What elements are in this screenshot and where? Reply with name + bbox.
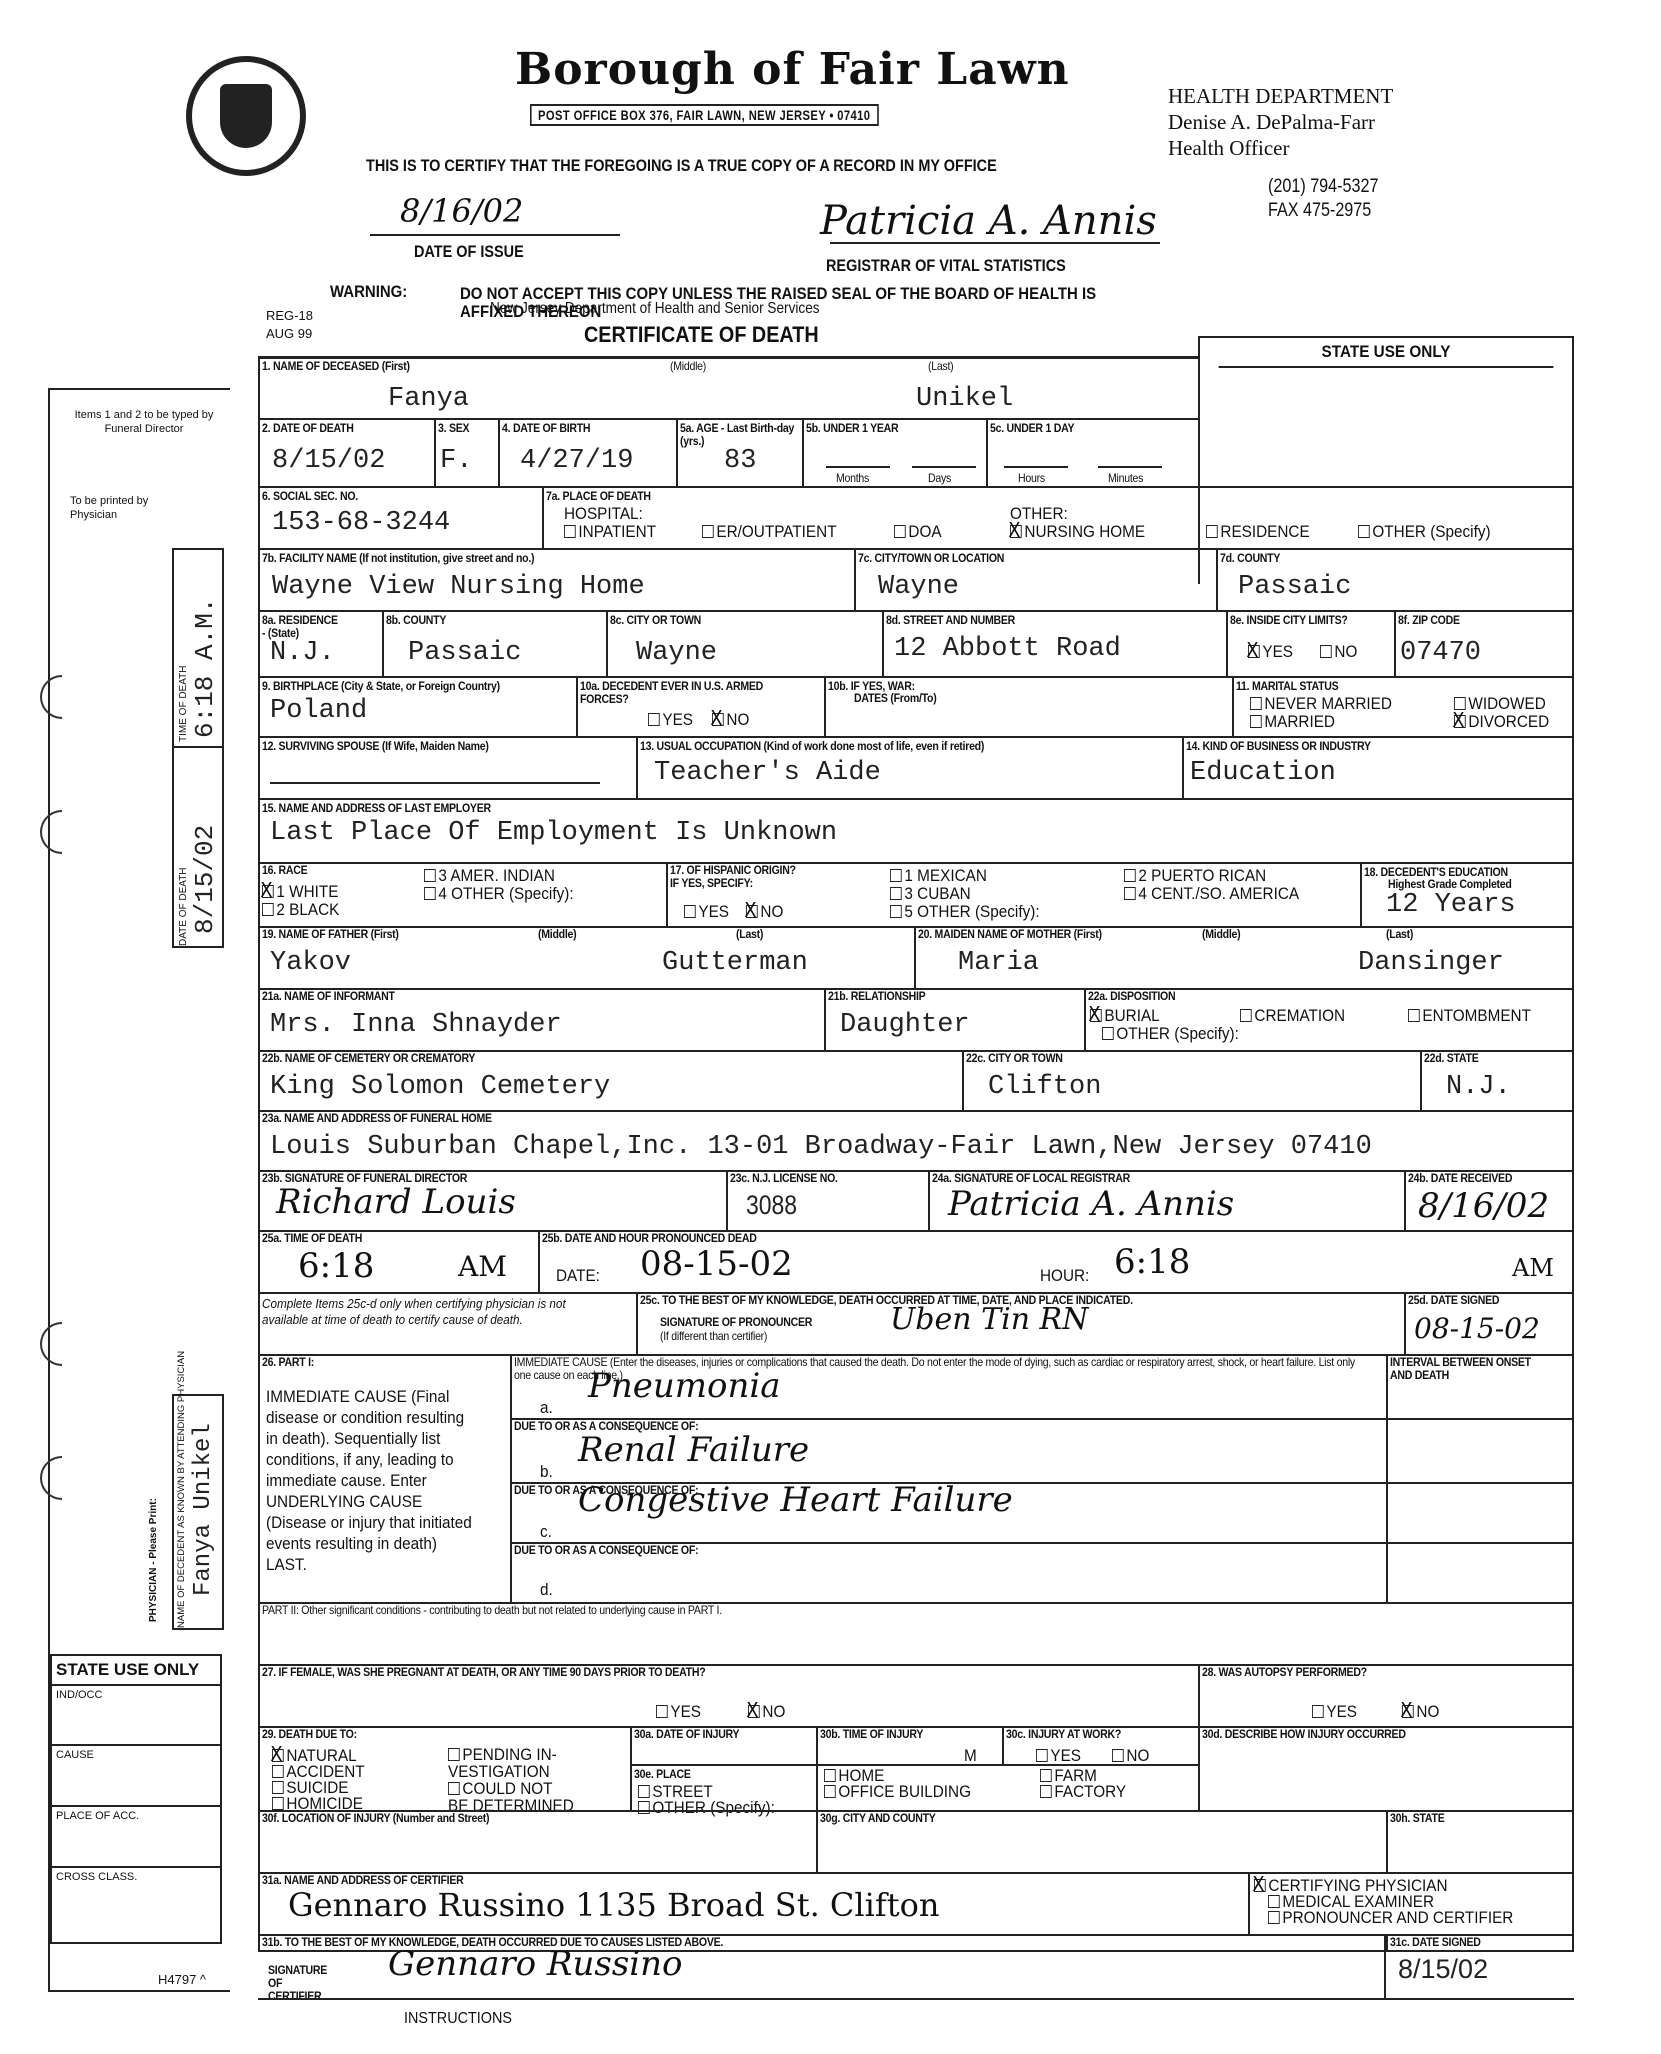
state-use-box: STATE USE ONLY [1198, 336, 1574, 584]
f21a-label: 21a. NAME OF INFORMANT [262, 990, 395, 1003]
form-bottom-right [1384, 1934, 1386, 2000]
checkbox-icon[interactable] [1036, 1749, 1048, 1762]
father-first-name[interactable]: Yakov [270, 948, 351, 978]
fax-number: FAX 475-2975 [1268, 200, 1371, 222]
due-to-label: DUE TO OR AS A CONSEQUENCE OF: [514, 1544, 698, 1557]
f30c-label: 30c. INJURY AT WORK? [1006, 1728, 1121, 1741]
f30a-label: 30a. DATE OF INJURY [634, 1728, 739, 1741]
father-last-name[interactable]: Gutterman [662, 948, 808, 978]
months-label: Months [836, 472, 869, 485]
f1-label: 1. NAME OF DECEASED (First) [262, 360, 410, 373]
facility-city[interactable]: Wayne [878, 572, 959, 602]
pronounced-date-label: DATE: [556, 1266, 600, 1286]
f20-last-label: (Last) [1386, 928, 1413, 941]
f30b-label: 30b. TIME OF INJURY [820, 1728, 923, 1741]
checkbox-checked-icon[interactable] [1402, 1705, 1414, 1718]
binder-hole [31, 801, 93, 863]
f8f-label: 8f. ZIP CODE [1398, 614, 1460, 627]
f5b-label: 5b. UNDER 1 YEAR [806, 422, 898, 435]
race-amer-indian[interactable]: 3 AMER. INDIAN [424, 866, 555, 886]
f5c-label: 5c. UNDER 1 DAY [990, 422, 1074, 435]
deceased-first-name[interactable]: Fanya [388, 384, 469, 414]
checkbox-checked-icon[interactable] [712, 713, 724, 726]
checkbox-icon[interactable] [272, 1797, 284, 1810]
marital-married[interactable]: MARRIED [1250, 712, 1335, 732]
autopsy-yes[interactable]: YES [1312, 1702, 1357, 1722]
f23a-label: 23a. NAME AND ADDRESS OF FUNERAL HOME [262, 1112, 492, 1125]
physician-print-label: PHYSICIAN - Please Print: [148, 1498, 159, 1622]
checkbox-icon[interactable] [894, 525, 906, 538]
checkbox-checked-icon[interactable] [1248, 645, 1260, 658]
injury-at-work-no[interactable]: NO [1112, 1746, 1149, 1766]
f6-label: 6. SOCIAL SEC. NO. [262, 490, 358, 503]
disposition-entombment[interactable]: ENTOMBMENT [1408, 1006, 1531, 1026]
checkbox-icon[interactable] [638, 1801, 650, 1814]
checkbox-icon[interactable] [1240, 1009, 1252, 1022]
autopsy-no[interactable]: NO [1402, 1702, 1439, 1722]
checkbox-icon[interactable] [684, 905, 696, 918]
disposition-burial[interactable]: BURIAL [1090, 1006, 1160, 1026]
place-nursing-home[interactable]: NURSING HOME [1010, 522, 1145, 542]
date-of-issue-label: DATE OF ISSUE [414, 242, 524, 262]
time-of-death-label: TIME OF DEATH [178, 666, 189, 742]
f15-label: 15. NAME AND ADDRESS OF LAST EMPLOYER [262, 802, 491, 815]
pronounced-hour-label: HOUR: [1040, 1266, 1089, 1286]
f19-last-label: (Last) [736, 928, 763, 941]
f30h-label: 30h. STATE [1390, 1812, 1444, 1825]
marital-widowed[interactable]: WIDOWED [1454, 694, 1546, 714]
race-white[interactable]: 1 WHITE [262, 882, 338, 902]
checkbox-icon[interactable] [564, 525, 576, 538]
checkbox-icon[interactable] [424, 887, 436, 900]
binder-hole [31, 666, 93, 728]
days-label: Days [928, 472, 951, 485]
form-bottom-line [258, 1998, 1574, 2000]
nj-department: New Jersey Department of Health and Seni… [490, 300, 820, 318]
f13-label: 13. USUAL OCCUPATION (Kind of work done … [640, 740, 984, 753]
informant-relationship[interactable]: Daughter [840, 1010, 970, 1040]
pronounced-hour[interactable]: 6:18 [1114, 1242, 1190, 1282]
race-other[interactable]: 4 OTHER (Specify): [424, 884, 574, 904]
checkbox-icon[interactable] [1206, 525, 1218, 538]
f19-middle-label: (Middle) [538, 928, 576, 941]
minutes-label: Minutes [1108, 472, 1143, 485]
hours-label: Hours [1018, 472, 1045, 485]
checkbox-icon[interactable] [448, 1782, 460, 1795]
date-of-issue-line [370, 234, 620, 236]
funeral-home[interactable]: Louis Suburban Chapel,Inc. 13-01 Broadwa… [270, 1132, 1372, 1162]
name-known-box: NAME OF DECEDENT AS KNOWN BY ATTENDING P… [172, 1394, 224, 1630]
armed-forces-no[interactable]: NO [712, 710, 749, 730]
minutes-blank[interactable] [1098, 466, 1162, 468]
death-due-pending[interactable]: PENDING IN-VESTIGATION [448, 1746, 574, 1780]
f30e-label: 30e. PLACE [634, 1768, 691, 1781]
usual-occupation[interactable]: Teacher's Aide [654, 758, 881, 788]
f30d-label: 30d. DESCRIBE HOW INJURY OCCURRED [1202, 1728, 1406, 1741]
checkbox-icon[interactable] [1358, 525, 1370, 538]
cause-a[interactable]: Pneumonia [588, 1366, 781, 1406]
race-black[interactable]: 2 BLACK [262, 900, 339, 920]
sidebar-state-use: STATE USE ONLY IND/OCC CAUSE PLACE OF AC… [50, 1654, 222, 1944]
certifier-signature[interactable]: Gennaro Russino [388, 1944, 683, 1984]
pronounced-date[interactable]: 08-15-02 [640, 1244, 793, 1284]
f8c-label: 8c. CITY OR TOWN [610, 614, 701, 627]
f7a-label: 7a. PLACE OF DEATH [546, 490, 651, 503]
binder-hole [31, 1447, 93, 1509]
date-signed-pronouncer[interactable]: 08-15-02 [1414, 1312, 1540, 1345]
informant-name[interactable]: Mrs. Inna Shnayder [270, 1010, 562, 1040]
borough-title: Borough of Fair Lawn [515, 44, 1070, 95]
hispanic-no[interactable]: NO [746, 902, 783, 922]
business-industry[interactable]: Education [1190, 758, 1336, 788]
checkbox-icon[interactable] [638, 1785, 650, 1798]
f20-middle-label: (Middle) [1202, 928, 1240, 941]
f10b-sub: DATES (From/To) [854, 692, 936, 705]
residence-city[interactable]: Wayne [636, 638, 717, 668]
f22b-label: 22b. NAME OF CEMETERY OR CREMATORY [262, 1052, 475, 1065]
residence-state[interactable]: N.J. [270, 638, 335, 668]
sidebar-note-printed: To be printed by Physician [70, 494, 170, 522]
mother-last-name[interactable]: Dansinger [1358, 948, 1504, 978]
hispanic-other[interactable]: 5 OTHER (Specify): [890, 902, 1040, 922]
surviving-spouse-dash[interactable] [270, 782, 600, 784]
checkbox-icon[interactable] [890, 905, 902, 918]
f21b-label: 21b. RELATIONSHIP [828, 990, 925, 1003]
age[interactable]: 83 [724, 446, 756, 476]
checkbox-checked-icon[interactable] [272, 1749, 284, 1762]
f26-instructions: IMMEDIATE CAUSE (Final disease or condit… [266, 1386, 478, 1575]
f22a-label: 22a. DISPOSITION [1088, 990, 1175, 1003]
social-security-number[interactable]: 153-68-3244 [272, 508, 450, 538]
place-doa[interactable]: DOA [894, 522, 942, 542]
date-of-death[interactable]: 8/15/02 [272, 446, 385, 476]
seal-inner-crest [220, 84, 272, 148]
date-of-birth[interactable]: 4/27/19 [520, 446, 633, 476]
f8e-label: 8e. INSIDE CITY LIMITS? [1230, 614, 1348, 627]
f25a-label: 25a. TIME OF DEATH [262, 1232, 362, 1245]
residence-street[interactable]: 12 Abbott Road [894, 634, 1121, 664]
f11-label: 11. MARITAL STATUS [1236, 680, 1338, 693]
checkbox-icon[interactable] [648, 713, 660, 726]
f22c-label: 22c. CITY OR TOWN [966, 1052, 1063, 1065]
cause-c-letter: c. [540, 1522, 552, 1542]
f10a-label: 10a. DECEDENT EVER IN U.S. ARMED FORCES? [580, 680, 800, 706]
last-employer[interactable]: Last Place Of Employment Is Unknown [270, 818, 837, 848]
f25d-label: 25d. DATE SIGNED [1408, 1294, 1499, 1307]
f4-label: 4. DATE OF BIRTH [502, 422, 590, 435]
f31c-label: 31c. DATE SIGNED [1390, 1936, 1481, 1949]
certify-statement: THIS IS TO CERTIFY THAT THE FOREGOING IS… [366, 156, 997, 176]
f17-label: 17. OF HISPANIC ORIGIN? IF YES, SPECIFY: [670, 864, 802, 890]
health-officer-name: Denise A. DePalma-Farr [1168, 110, 1375, 135]
checkbox-checked-icon[interactable] [748, 1705, 760, 1718]
f7d-label: 7d. COUNTY [1220, 552, 1280, 565]
sex[interactable]: F. [440, 446, 472, 476]
checkbox-icon[interactable] [824, 1769, 836, 1782]
checkbox-icon[interactable] [1268, 1911, 1280, 1924]
date-received[interactable]: 8/16/02 [1418, 1186, 1549, 1226]
name-known-label: NAME OF DECEDENT AS KNOWN BY ATTENDING P… [176, 1351, 187, 1628]
pronouncer-signature[interactable]: Uben Tin RN [890, 1302, 1088, 1337]
nj-license-number[interactable]: 3088 [746, 1190, 797, 1221]
f1-middle-label: (Middle) [670, 360, 706, 373]
checkbox-icon[interactable] [1312, 1705, 1324, 1718]
place-inpatient[interactable]: INPATIENT [564, 522, 656, 542]
mother-first-name[interactable]: Maria [958, 948, 1039, 978]
inside-city-yes[interactable]: YES [1248, 642, 1293, 662]
cemetery-name[interactable]: King Solomon Cemetery [270, 1072, 610, 1102]
sidebar-stub: Items 1 and 2 to be typed by Funeral Dir… [48, 388, 230, 1992]
checkbox-checked-icon[interactable] [1454, 715, 1466, 728]
residence-county[interactable]: Passaic [408, 638, 521, 668]
disposition-cremation[interactable]: CREMATION [1240, 1006, 1345, 1026]
checkbox-icon[interactable] [1124, 887, 1136, 900]
cemetery-state[interactable]: N.J. [1446, 1072, 1511, 1102]
checkbox-icon[interactable] [272, 1781, 284, 1794]
pronouncer-sig-label: SIGNATURE OF PRONOUNCER [660, 1316, 812, 1329]
f22d-label: 22d. STATE [1424, 1052, 1478, 1065]
date-of-death-label: DATE OF DEATH [178, 867, 189, 946]
pregnant-yes[interactable]: YES [656, 1702, 701, 1722]
form-code: REG-18 [266, 308, 313, 323]
checkbox-icon[interactable] [1040, 1769, 1052, 1782]
f8d-label: 8d. STREET AND NUMBER [886, 614, 1015, 627]
phone-number: (201) 794-5327 [1268, 176, 1378, 198]
instructions-label: INSTRUCTIONS [404, 2010, 512, 2028]
date-of-issue-value: 8/16/02 [400, 192, 523, 230]
cause-c[interactable]: Congestive Heart Failure [578, 1480, 1013, 1520]
death-certificate-form: STATE USE ONLY 1. NAME OF DECEASED (Firs… [258, 336, 1574, 1970]
disposition-other[interactable]: OTHER (Specify): [1102, 1024, 1239, 1044]
hospital-label: HOSPITAL: [564, 504, 643, 524]
checkbox-icon[interactable] [1102, 1027, 1114, 1040]
health-department: HEALTH DEPARTMENT [1168, 84, 1393, 109]
checkbox-icon[interactable] [448, 1748, 460, 1761]
deceased-last-name[interactable]: Unikel [916, 384, 1013, 414]
state-use-row: CROSS CLASS. [52, 1868, 220, 1928]
checkbox-icon[interactable] [1040, 1785, 1052, 1798]
checkbox-icon[interactable] [1250, 697, 1262, 710]
funeral-director-signature[interactable]: Richard Louis [276, 1182, 516, 1222]
death-due-undetermined[interactable]: COULD NOT BE DETERMINED [448, 1780, 574, 1814]
injury-at-work-yes[interactable]: YES [1036, 1746, 1081, 1766]
registrar-line [830, 242, 1160, 244]
place-er-outpatient[interactable]: ER/OUTPATIENT [702, 522, 837, 542]
facility-county[interactable]: Passaic [1238, 572, 1351, 602]
hispanic-puerto-rican[interactable]: 2 PUERTO RICAN [1124, 866, 1266, 886]
time-of-death-ampm[interactable]: AM [458, 1250, 507, 1283]
state-use-row: CAUSE [52, 1746, 220, 1807]
checkbox-icon[interactable] [424, 869, 436, 882]
f30g-label: 30g. CITY AND COUNTY [820, 1812, 936, 1825]
health-officer-title: Health Officer [1168, 136, 1289, 161]
zip-code[interactable]: 07470 [1400, 638, 1481, 668]
checkbox-icon[interactable] [824, 1785, 836, 1798]
f14-label: 14. KIND OF BUSINESS OR INDUSTRY [1186, 740, 1371, 753]
hispanic-cent-so-america[interactable]: 4 CENT./SO. AMERICA [1124, 884, 1299, 904]
place-office-building[interactable]: OFFICE BUILDING [824, 1782, 971, 1802]
sidebar-note-typed: Items 1 and 2 to be typed by Funeral Dir… [64, 408, 224, 436]
part2-label: PART II: Other significant conditions - … [262, 1604, 722, 1617]
hispanic-mexican[interactable]: 1 MEXICAN [890, 866, 987, 886]
months-blank[interactable] [826, 466, 890, 468]
hispanic-yes[interactable]: YES [684, 902, 729, 922]
f2-label: 2. DATE OF DEATH [262, 422, 354, 435]
f8a-label: 8a. RESIDENCE - (State) [262, 614, 341, 640]
education[interactable]: 12 Years [1386, 890, 1516, 920]
checkbox-checked-icon[interactable] [1090, 1009, 1102, 1022]
time-of-death[interactable]: 6:18 [298, 1246, 374, 1286]
name-known-value: Fanya Unikel [190, 1423, 217, 1596]
warning-label: WARNING: [330, 282, 407, 302]
f25-note: Complete Items 25c-d only when certifyin… [262, 1296, 604, 1328]
hours-blank[interactable] [1004, 466, 1068, 468]
hispanic-cuban[interactable]: 3 CUBAN [890, 884, 971, 904]
f5a-label: 5a. AGE - Last Birth-day (yrs.) [680, 422, 794, 448]
f24b-label: 24b. DATE RECEIVED [1408, 1172, 1512, 1185]
f19-label: 19. NAME OF FATHER (First) [262, 928, 399, 941]
facility-name[interactable]: Wayne View Nursing Home [272, 572, 645, 602]
place-other-injury[interactable]: OTHER (Specify): [638, 1798, 775, 1818]
f23c-label: 23c. N.J. LICENSE NO. [730, 1172, 838, 1185]
pregnant-no[interactable]: NO [748, 1702, 785, 1722]
registrar-label: REGISTRAR OF VITAL STATISTICS [826, 256, 1066, 276]
checkbox-icon[interactable] [656, 1705, 668, 1718]
checkbox-checked-icon[interactable] [1010, 525, 1022, 538]
f28-label: 28. WAS AUTOPSY PERFORMED? [1202, 1666, 1367, 1679]
interval-label: INTERVAL BETWEEN ONSET AND DEATH [1390, 1356, 1548, 1382]
f29-label: 29. DEATH DUE TO: [262, 1728, 357, 1741]
f7b-label: 7b. FACILITY NAME (If not institution, g… [262, 552, 534, 565]
registrar-signature: Patricia A. Annis [820, 198, 1157, 244]
f7c-label: 7c. CITY/TOWN OR LOCATION [858, 552, 1004, 565]
checkbox-icon[interactable] [702, 525, 714, 538]
certifier-date-signed[interactable]: 8/15/02 [1398, 1954, 1488, 1985]
time-of-death-value: 6:18 A.M. [190, 598, 220, 738]
marital-never-married[interactable]: NEVER MARRIED [1250, 694, 1392, 714]
state-use-title: STATE USE ONLY [1219, 338, 1554, 368]
cause-b[interactable]: Renal Failure [578, 1430, 809, 1470]
checkbox-icon[interactable] [890, 869, 902, 882]
cause-d-letter: d. [540, 1580, 553, 1600]
place-residence[interactable]: RESIDENCE [1206, 522, 1310, 542]
place-other[interactable]: OTHER (Specify) [1358, 522, 1491, 542]
days-blank[interactable] [912, 466, 976, 468]
certifier-name-address[interactable]: Gennaro Russino 1135 Broad St. Clifton [288, 1886, 939, 1924]
checkbox-icon[interactable] [1112, 1749, 1124, 1762]
checkbox-icon[interactable] [1320, 645, 1332, 658]
birthplace[interactable]: Poland [270, 696, 367, 726]
f26-label: 26. PART I: [262, 1356, 314, 1369]
f16-label: 16. RACE [262, 864, 307, 877]
date-of-death-value: 8/15/02 [190, 825, 220, 934]
checkbox-icon[interactable] [272, 1765, 284, 1778]
pronouncer-sig-sub: (If different than certifier) [660, 1330, 767, 1343]
time-of-injury-m[interactable]: M [964, 1746, 977, 1766]
f8b-label: 8b. COUNTY [386, 614, 446, 627]
address-banner: POST OFFICE BOX 376, FAIR LAWN, NEW JERS… [530, 104, 878, 126]
cause-b-letter: b. [540, 1462, 553, 1482]
f3-label: 3. SEX [438, 422, 469, 435]
form-number: H4797 ^ [158, 1972, 206, 1987]
checkbox-checked-icon[interactable] [746, 905, 758, 918]
state-use-row: IND/OCC [52, 1686, 220, 1746]
binder-hole [31, 1313, 93, 1375]
certifier-type-pronouncer[interactable]: PRONOUNCER AND CERTIFIER [1268, 1908, 1513, 1928]
pronounced-ampm[interactable]: AM [1512, 1254, 1554, 1282]
checkbox-icon[interactable] [890, 887, 902, 900]
checkbox-icon[interactable] [1250, 715, 1262, 728]
f30f-label: 30f. LOCATION OF INJURY (Number and Stre… [262, 1812, 489, 1825]
f27-label: 27. IF FEMALE, WAS SHE PREGNANT AT DEATH… [262, 1666, 705, 1679]
inside-city-no[interactable]: NO [1320, 642, 1357, 662]
state-use-row: PLACE OF ACC. [52, 1807, 220, 1868]
checkbox-checked-icon[interactable] [1254, 1879, 1266, 1892]
f1-last-label: (Last) [928, 360, 953, 373]
checkbox-checked-icon[interactable] [262, 885, 274, 898]
f12-label: 12. SURVIVING SPOUSE (If Wife, Maiden Na… [262, 740, 489, 753]
checkbox-icon[interactable] [1124, 869, 1136, 882]
sidebar-time-date-box: TIME OF DEATH 6:18 A.M. DATE OF DEATH 8/… [172, 548, 224, 948]
armed-forces-yes[interactable]: YES [648, 710, 693, 730]
cause-a-letter: a. [540, 1398, 553, 1418]
checkbox-icon[interactable] [262, 903, 274, 916]
f20-label: 20. MAIDEN NAME OF MOTHER (First) [918, 928, 1102, 941]
checkbox-icon[interactable] [1268, 1895, 1280, 1908]
checkbox-icon[interactable] [1408, 1009, 1420, 1022]
f9-label: 9. BIRTHPLACE (City & State, or Foreign … [262, 680, 500, 693]
marital-divorced[interactable]: DIVORCED [1454, 712, 1549, 732]
borough-seal [186, 56, 306, 176]
local-registrar-signature[interactable]: Patricia A. Annis [948, 1184, 1234, 1224]
sidebar-state-use-title: STATE USE ONLY [52, 1656, 220, 1686]
place-factory[interactable]: FACTORY [1040, 1782, 1126, 1802]
cemetery-city[interactable]: Clifton [988, 1072, 1101, 1102]
